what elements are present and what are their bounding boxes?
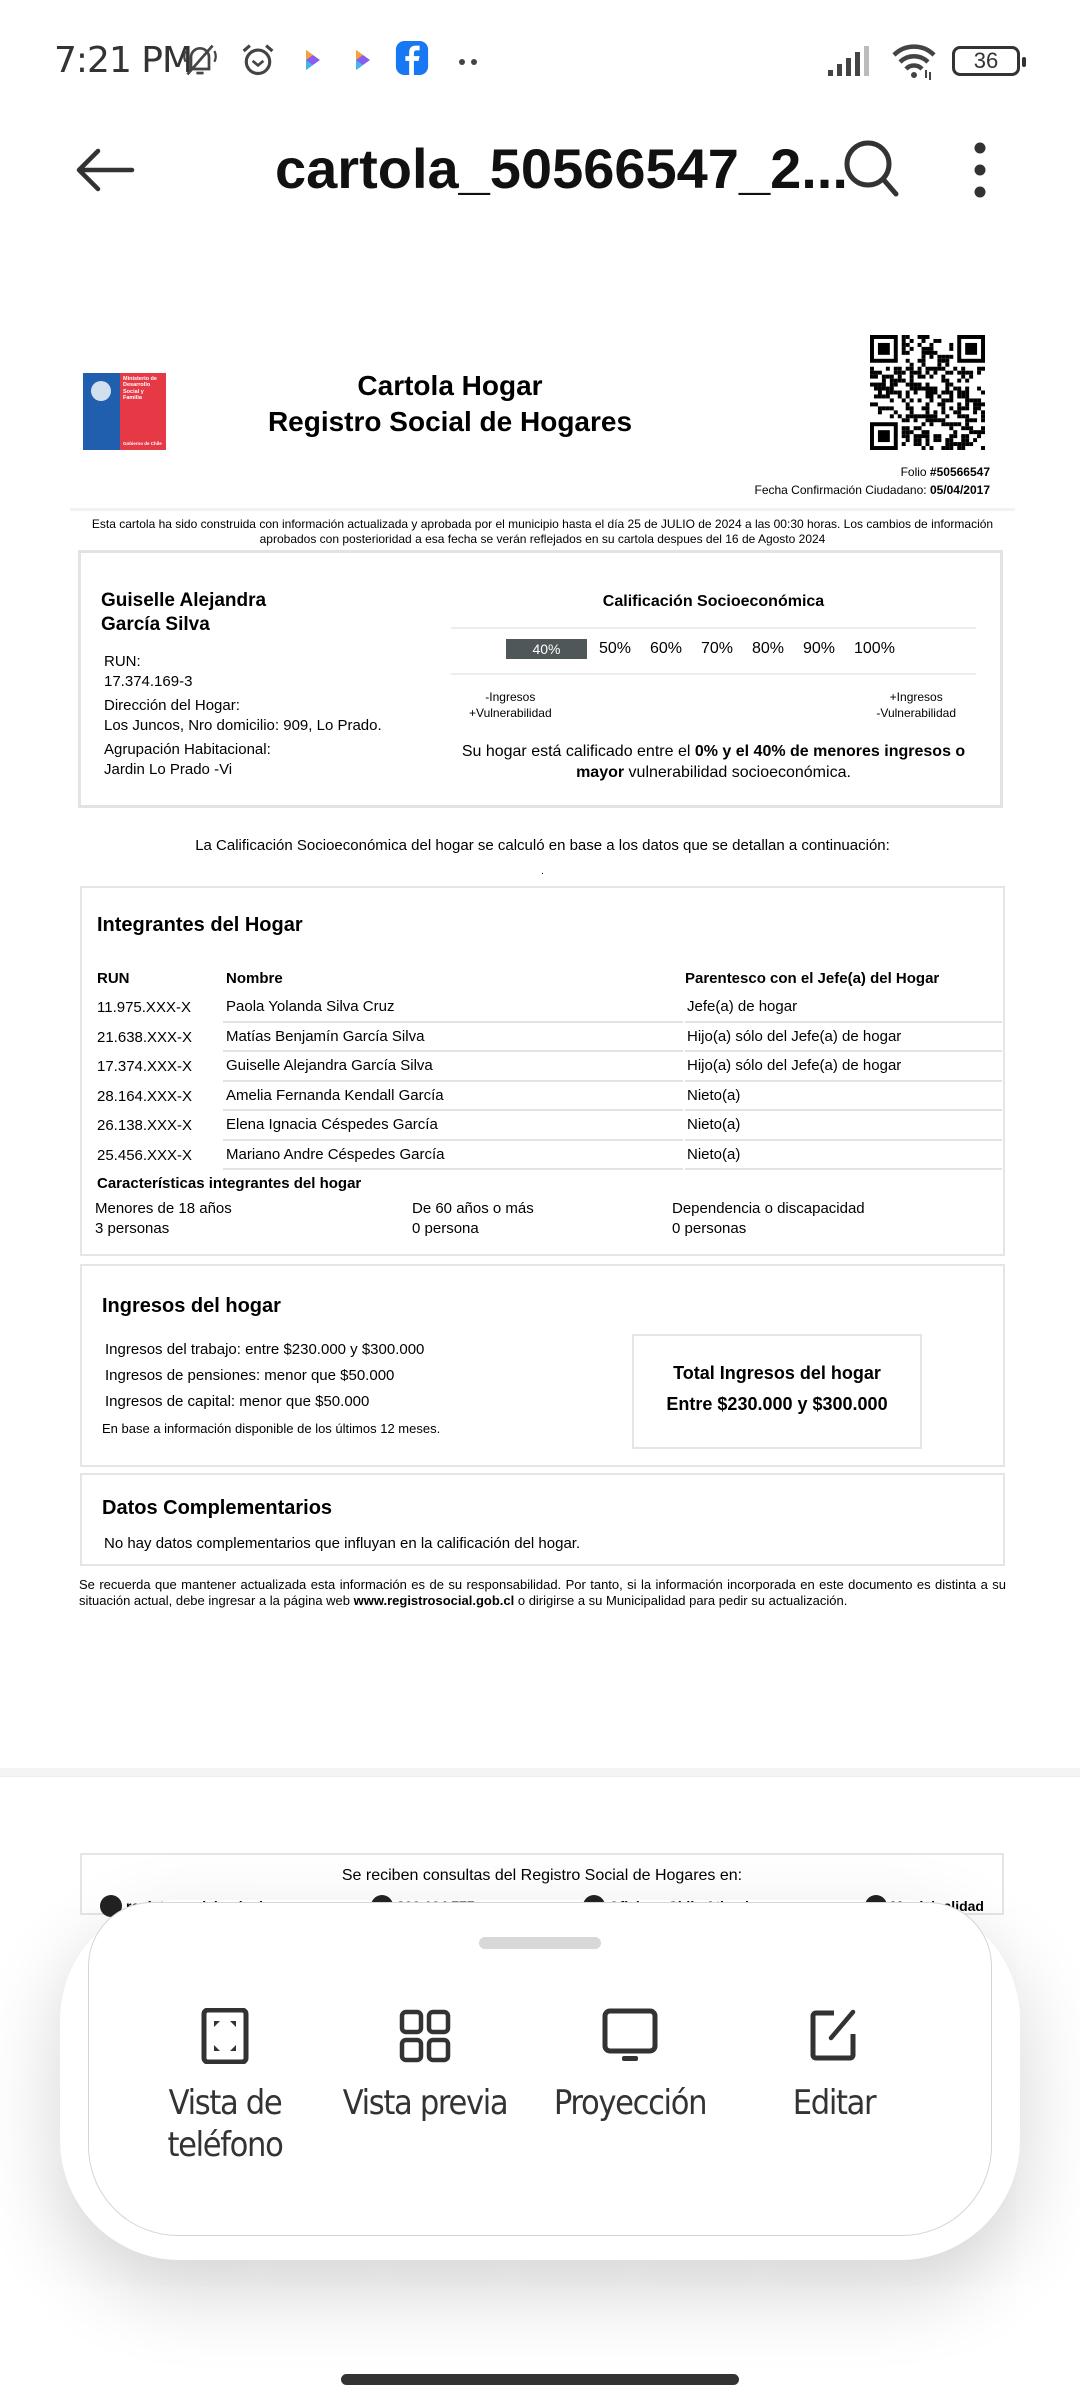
- total-income-box: Total Ingresos del hogar Entre $230.000 …: [632, 1334, 922, 1449]
- view-options-sheet: Vista de teléfono Vista previa Proyecció…: [88, 1902, 992, 2236]
- more-options-button[interactable]: [960, 138, 1000, 202]
- projection-label: Proyección: [540, 2082, 720, 2124]
- reminder-text-end: o dirigirse a su Municipalidad para pedi…: [514, 1593, 847, 1608]
- table-header: RUN Nombre Parentesco con el Jefe(a) del…: [97, 963, 1002, 993]
- member-name: Amelia Fernanda Kendall García: [223, 1082, 683, 1112]
- member-run: 11.975.XXX-X: [97, 999, 223, 1016]
- income-title: Ingresos del hogar: [102, 1295, 281, 1318]
- divider: [451, 673, 976, 675]
- member-relationship: Nieto(a): [685, 1111, 1002, 1141]
- calculation-note: La Calificación Socioeconómica del hogar…: [70, 808, 1015, 868]
- rating-title: Calificación Socioeconómica: [451, 593, 976, 611]
- household-members-section: Integrantes del Hogar RUN Nombre Parente…: [80, 886, 1005, 1256]
- member-run: 26.138.XXX-X: [97, 1117, 223, 1134]
- divider: [70, 508, 1015, 511]
- members-title: Integrantes del Hogar: [97, 914, 303, 937]
- qr-code: [870, 335, 985, 450]
- confirm-date-label: Fecha Confirmación Ciudadano:: [755, 483, 930, 497]
- characteristic-item: Dependencia o discapacidad0 personas: [672, 1199, 865, 1239]
- phone-view-label: Vista de teléfono: [135, 2082, 315, 2166]
- contact-title: Se reciben consultas del Registro Social…: [82, 1867, 1002, 1885]
- complementary-text: No hay datos complementarios que influya…: [104, 1535, 580, 1552]
- drag-handle[interactable]: [479, 1937, 601, 1949]
- member-name: Matías Benjamín García Silva: [223, 1023, 683, 1053]
- income-line: Ingresos de capital: menor que $50.000: [105, 1389, 424, 1415]
- member-run: 28.164.XXX-X: [97, 1088, 223, 1105]
- responsibility-reminder: Se recuerda que mantener actualizada est…: [79, 1566, 1006, 1609]
- scale-step: 60%: [650, 640, 701, 658]
- household-identity-card: Guiselle Alejandra García Silva RUN: 17.…: [78, 550, 1003, 808]
- scale-step: 80%: [752, 640, 803, 658]
- address-value: Los Juncos, Nro domicilio: 909, Lo Prado…: [104, 716, 382, 736]
- income-line: Ingresos del trabajo: entre $230.000 y $…: [105, 1337, 424, 1363]
- app-bar: cartola_50566547_2...: [0, 120, 1080, 220]
- table-row: 17.374.XXX-XGuiselle Alejandra García Si…: [97, 1052, 1002, 1082]
- scale-legend-right: +Ingresos -Vulnerabilidad: [876, 689, 956, 721]
- member-run: 25.456.XXX-X: [97, 1147, 223, 1164]
- person-name: Guiselle Alejandra García Silva: [101, 589, 266, 637]
- signal-icon: [826, 44, 876, 78]
- legend-left-income: -Ingresos: [469, 689, 552, 705]
- characteristic-value: 0 persona: [412, 1219, 672, 1239]
- total-income-label: Total Ingresos del hogar: [634, 1358, 920, 1389]
- income-basis-note: En base a información disponible de los …: [102, 1421, 440, 1436]
- housing-group-label: Agrupación Habitacional:: [104, 740, 382, 760]
- page-separator: [0, 1768, 1080, 1777]
- scale-step: 90%: [803, 640, 854, 658]
- phone-view-button[interactable]: Vista de teléfono: [125, 2008, 325, 2166]
- member-run: 17.374.XXX-X: [97, 1058, 223, 1075]
- member-relationship: Jefe(a) de hogar: [685, 993, 1002, 1023]
- complementary-data-section: Datos Complementarios No hay datos compl…: [80, 1473, 1005, 1566]
- document-header: Ministerio de Desarrollo Social y Famili…: [70, 320, 1015, 510]
- person-name-line-2: García Silva: [101, 613, 266, 637]
- registry-website-link[interactable]: www.registrosocial.gob.cl: [354, 1593, 515, 1608]
- document-heading: Cartola Hogar Registro Social de Hogares: [200, 368, 700, 440]
- income-lines: Ingresos del trabajo: entre $230.000 y $…: [105, 1337, 424, 1415]
- title-line-1: Cartola Hogar: [200, 368, 700, 404]
- characteristic-value: 3 personas: [95, 1219, 412, 1239]
- monitor-icon: [601, 2008, 659, 2064]
- member-characteristics-title: Características integrantes del hogar: [97, 1175, 361, 1192]
- scale-step: 50%: [599, 640, 650, 658]
- income-line: Ingresos de pensiones: menor que $50.000: [105, 1363, 424, 1389]
- housing-group-value: Jardin Lo Prado -Vi: [104, 760, 382, 780]
- coat-of-arms-icon: [83, 373, 120, 450]
- rating-text-post: vulnerabilidad socioeconómica.: [624, 764, 851, 781]
- gesture-navigation-bar[interactable]: [341, 2374, 739, 2385]
- table-row: 28.164.XXX-XAmelia Fernanda Kendall Garc…: [97, 1082, 1002, 1112]
- column-header-relationship: Parentesco con el Jefe(a) del Hogar: [683, 970, 1002, 987]
- run-label: RUN:: [104, 652, 382, 672]
- scale-step: 100%: [854, 640, 905, 658]
- more-notifications-icon: [456, 42, 482, 78]
- scale-legend-left: -Ingresos +Vulnerabilidad: [469, 689, 552, 721]
- edit-icon: [808, 2008, 860, 2064]
- alarm-icon: [238, 42, 278, 78]
- folio-value: #50566547: [930, 465, 990, 479]
- rating-scale: 40%50%60%70%80%90%100%: [506, 639, 905, 659]
- characteristic-value: 0 personas: [672, 1219, 865, 1239]
- complementary-title: Datos Complementarios: [102, 1497, 332, 1520]
- column-header-name: Nombre: [223, 970, 683, 987]
- mute-icon: [178, 42, 222, 78]
- legend-left-vulnerability: +Vulnerabilidad: [469, 705, 552, 721]
- person-name-line-1: Guiselle Alejandra: [101, 589, 266, 613]
- member-name: Guiselle Alejandra García Silva: [223, 1052, 683, 1082]
- government-label: Gobierno de Chile: [123, 441, 162, 446]
- more-vertical-icon: [975, 143, 986, 198]
- legend-right-income: +Ingresos: [876, 689, 956, 705]
- characteristic-label: De 60 años o más: [412, 1199, 672, 1219]
- total-income-value: Entre $230.000 y $300.000: [634, 1389, 920, 1420]
- play-app-icon: [300, 42, 326, 78]
- table-row: 11.975.XXX-XPaola Yolanda Silva CruzJefe…: [97, 993, 1002, 1023]
- member-relationship: Hijo(a) sólo del Jefe(a) de hogar: [685, 1052, 1002, 1082]
- ministry-name: Ministerio de Desarrollo Social y Famili…: [123, 376, 163, 401]
- wifi-icon: [890, 42, 938, 80]
- title-line-2: Registro Social de Hogares: [200, 404, 700, 440]
- address-label: Dirección del Hogar:: [104, 696, 382, 716]
- member-relationship: Nieto(a): [685, 1082, 1002, 1112]
- run-value: 17.374.169-3: [104, 672, 382, 692]
- preview-button[interactable]: Vista previa: [325, 2008, 525, 2124]
- play-app-icon: [350, 42, 376, 78]
- document-title: cartola_50566547_2...: [275, 136, 848, 201]
- column-header-run: RUN: [97, 970, 223, 987]
- divider: [451, 627, 976, 629]
- edit-label: Editar: [744, 2082, 924, 2124]
- status-bar: 7:21 PM: [0, 0, 1080, 120]
- table-row: 26.138.XXX-XElena Ignacia Céspedes Garcí…: [97, 1111, 1002, 1141]
- member-relationship: Hijo(a) sólo del Jefe(a) de hogar: [685, 1023, 1002, 1053]
- member-relationship: Nieto(a): [685, 1141, 1002, 1171]
- battery-level: 36: [974, 48, 998, 74]
- battery-icon: 36: [952, 46, 1020, 76]
- table-row: 25.456.XXX-XMariano Andre Céspedes Garcí…: [97, 1141, 1002, 1171]
- characteristic-label: Menores de 18 años: [95, 1199, 412, 1219]
- member-name: Paola Yolanda Silva Cruz: [223, 993, 683, 1023]
- socioeconomic-rating: Calificación Socioeconómica 40%50%60%70%…: [451, 553, 976, 803]
- person-details: RUN: 17.374.169-3 Dirección del Hogar: L…: [104, 652, 382, 780]
- member-run: 21.638.XXX-X: [97, 1029, 223, 1046]
- preview-label: Vista previa: [335, 2082, 515, 2124]
- characteristic-item: Menores de 18 años3 personas: [95, 1199, 412, 1239]
- projection-button[interactable]: Proyección: [530, 2008, 730, 2124]
- rating-statement: Su hogar está calificado entre el 0% y e…: [451, 741, 976, 783]
- edit-button[interactable]: Editar: [734, 2008, 934, 2124]
- folio-info: Folio #50566547 Fecha Confirmación Ciuda…: [755, 463, 991, 499]
- update-notice: Esta cartola ha sido construida con info…: [70, 510, 1015, 550]
- confirm-date-value: 05/04/2017: [930, 483, 990, 497]
- back-button[interactable]: [70, 140, 140, 200]
- search-icon: [847, 143, 896, 194]
- grid-preview-icon: [399, 2008, 451, 2064]
- member-characteristics: Menores de 18 años3 personasDe 60 años o…: [95, 1199, 865, 1239]
- characteristic-item: De 60 años o más0 persona: [412, 1199, 672, 1239]
- ministry-logo: Ministerio de Desarrollo Social y Famili…: [83, 373, 166, 450]
- household-income-section: Ingresos del hogar Ingresos del trabajo:…: [80, 1264, 1005, 1467]
- member-name: Mariano Andre Céspedes García: [223, 1141, 683, 1171]
- folio-label: Folio: [901, 465, 930, 479]
- clock: 7:21 PM: [54, 40, 192, 81]
- member-name: Elena Ignacia Céspedes García: [223, 1111, 683, 1141]
- table-row: 21.638.XXX-XMatías Benjamín García Silva…: [97, 1023, 1002, 1053]
- search-button[interactable]: [840, 136, 904, 200]
- rating-text-pre: Su hogar está calificado entre el: [462, 743, 695, 760]
- scale-step: 70%: [701, 640, 752, 658]
- legend-right-vulnerability: -Vulnerabilidad: [876, 705, 956, 721]
- scale-step-active: 40%: [506, 639, 587, 659]
- members-table: RUN Nombre Parentesco con el Jefe(a) del…: [97, 963, 1002, 1170]
- arrow-left-icon: [79, 151, 132, 189]
- pdf-document[interactable]: Ministerio de Desarrollo Social y Famili…: [70, 320, 1015, 1609]
- facebook-icon: [394, 40, 430, 76]
- characteristic-label: Dependencia o discapacidad: [672, 1199, 865, 1219]
- separator-dot: .: [70, 868, 1015, 886]
- phone-view-icon: [199, 2008, 251, 2064]
